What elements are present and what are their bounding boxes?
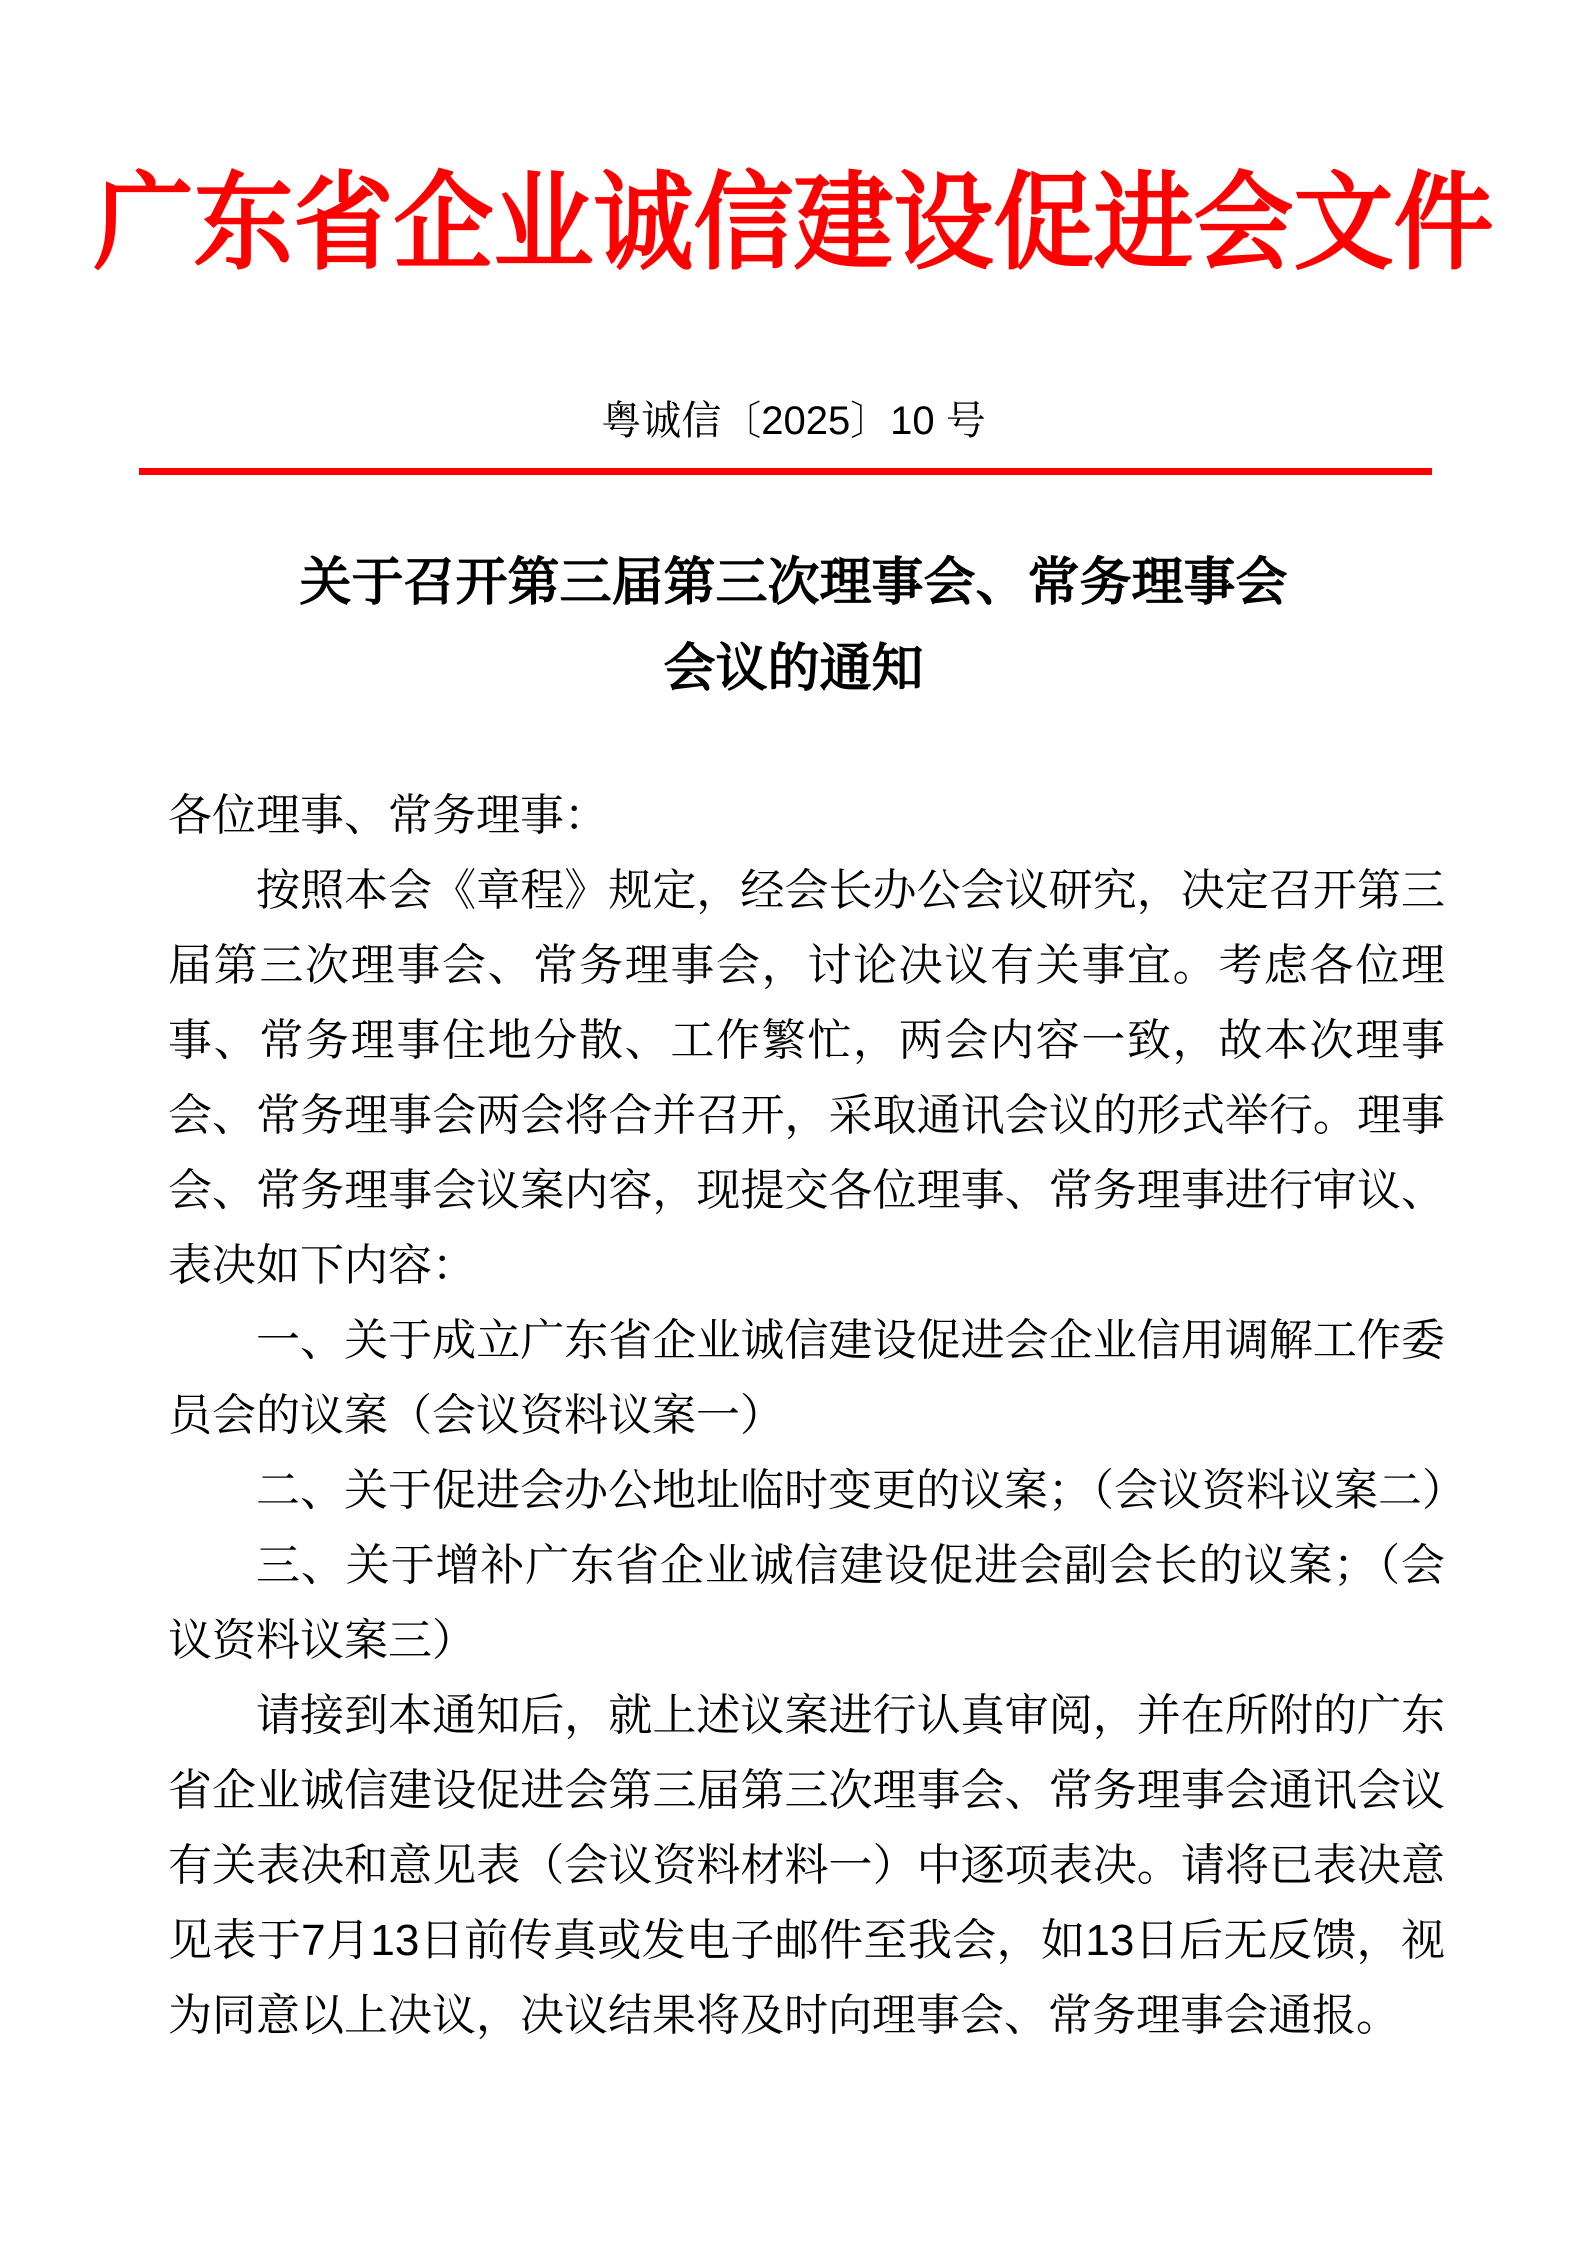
paragraph-closing: 请接到本通知后，就上述议案进行认真审阅，并在所附的广东省企业诚信建设促进会第三届… — [168, 1678, 1445, 2053]
notice-body: 各位理事、常务理事： 按照本会《章程》规定，经会长办公会议研究，决定召开第三届第… — [168, 778, 1445, 2053]
notice-title: 关于召开第三届第三次理事会、常务理事会 会议的通知 — [0, 540, 1587, 712]
salutation: 各位理事、常务理事： — [168, 778, 1445, 853]
paragraph-item-3: 三、关于增补广东省企业诚信建设促进会副会长的议案；（会议资料议案三） — [168, 1528, 1445, 1678]
notice-title-line1: 关于召开第三届第三次理事会、常务理事会 — [0, 540, 1587, 626]
paragraph-item-1: 一、关于成立广东省企业诚信建设促进会企业信用调解工作委员会的议案（会议资料议案一… — [168, 1303, 1445, 1453]
document-page: 广东省企业诚信建设促进会文件 粤诚信〔2025〕10 号 关于召开第三届第三次理… — [0, 0, 1587, 2245]
notice-title-line2: 会议的通知 — [0, 626, 1587, 712]
paragraph-intro: 按照本会《章程》规定，经会长办公会议研究，决定召开第三届第三次理事会、常务理事会… — [168, 853, 1445, 1303]
red-divider-line — [139, 468, 1432, 475]
doc-reference-number: 粤诚信〔2025〕10 号 — [0, 392, 1587, 450]
org-document-header: 广东省企业诚信建设促进会文件 — [0, 128, 1587, 319]
paragraph-item-2: 二、关于促进会办公地址临时变更的议案；（会议资料议案二） — [168, 1453, 1445, 1528]
